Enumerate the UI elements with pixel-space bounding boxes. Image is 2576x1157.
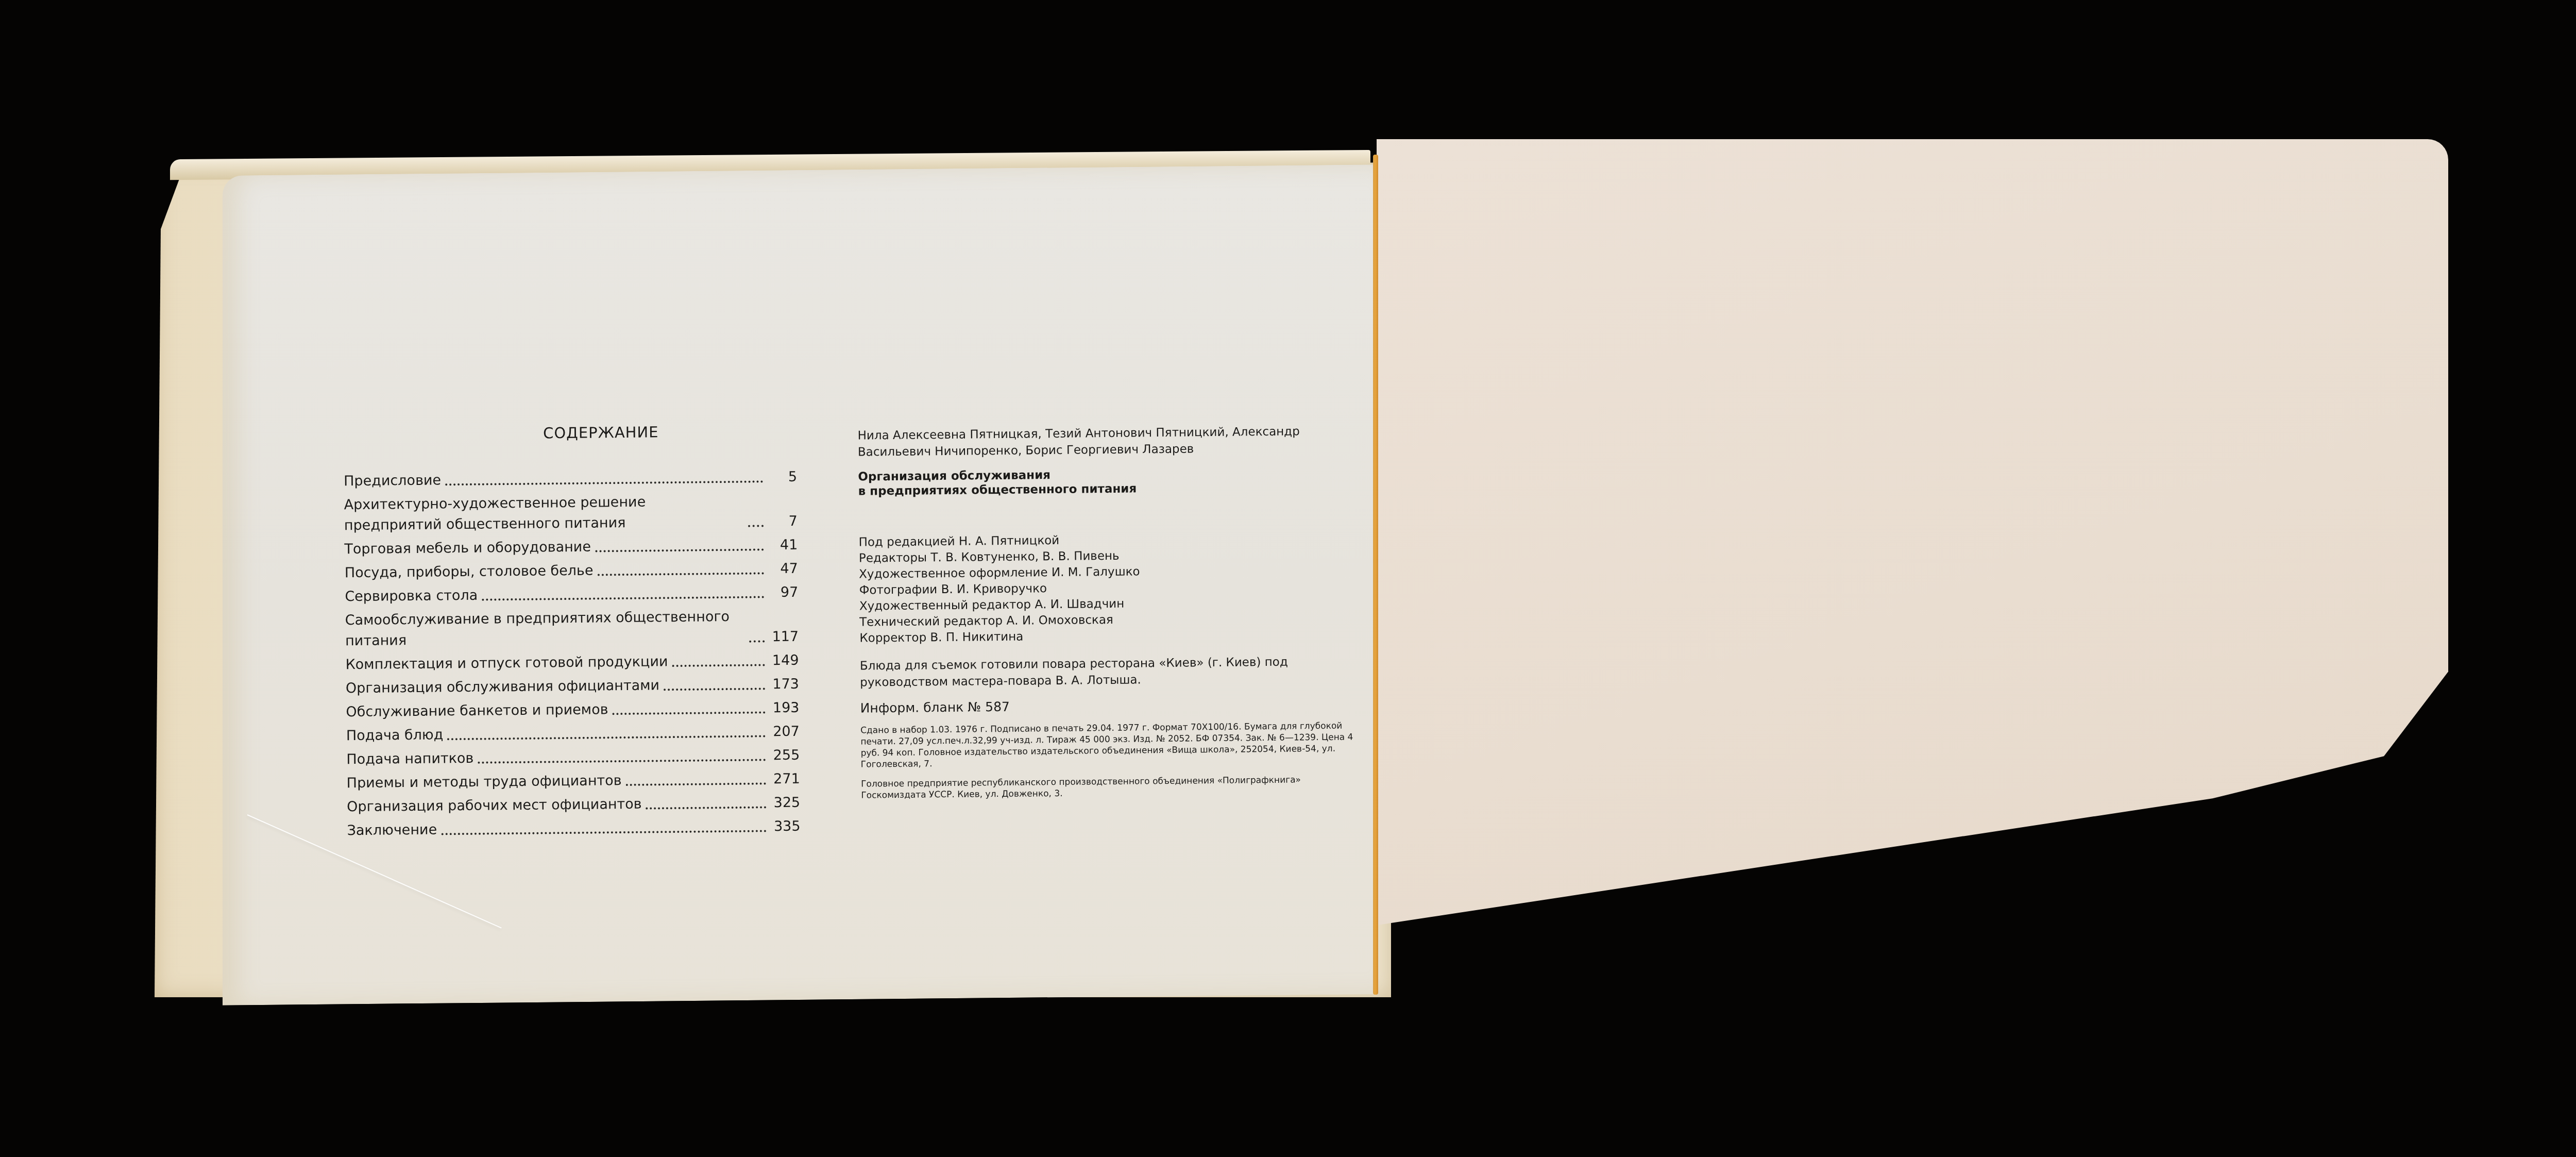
toc-list: Предисловие5Архитектурно-художественное … xyxy=(344,467,801,841)
toc-entry-page: 173 xyxy=(765,674,799,695)
toc-entry-label: Организация обслуживания официантами xyxy=(346,675,664,699)
toc-entry-label: Архитектурно-художественное решение пред… xyxy=(344,491,748,536)
table-of-contents: СОДЕРЖАНИЕ Предисловие5Архитектурно-худо… xyxy=(343,421,801,844)
toc-leader-dots xyxy=(664,688,765,691)
chefs-note: Блюда для съемок готовили повара рестора… xyxy=(860,653,1355,691)
toc-entry: Заключение335 xyxy=(347,816,800,841)
toc-leader-dots xyxy=(478,759,766,763)
toc-title: СОДЕРЖАНИЕ xyxy=(405,421,796,445)
toc-entry-page: 149 xyxy=(765,650,799,672)
toc-entry-page: 255 xyxy=(766,745,800,766)
right-page-blank xyxy=(1377,139,2448,984)
toc-entry-page: 5 xyxy=(763,467,797,488)
toc-leader-dots xyxy=(441,830,766,835)
toc-entry-label: Приемы и методы труда официантов xyxy=(347,770,626,794)
toc-leader-dots xyxy=(595,548,764,552)
toc-entry-label: Торговая мебель и оборудование xyxy=(344,537,595,560)
toc-entry-page: 7 xyxy=(764,511,798,532)
toc-leader-dots xyxy=(445,480,763,485)
toc-entry-page: 193 xyxy=(765,698,799,719)
toc-entry-label: Организация рабочих мест официантов xyxy=(347,794,646,818)
toc-entry: Комплектация и отпуск готовой продукции1… xyxy=(345,650,799,675)
toc-leader-dots xyxy=(646,806,767,809)
toc-leader-dots xyxy=(482,596,764,600)
toc-entry: Подача напитков255 xyxy=(346,745,800,770)
credits-list: Под редакцией Н. А. Пятницкой Редакторы … xyxy=(859,530,1354,646)
toc-leader-dots xyxy=(447,735,766,740)
toc-entry-label: Предисловие xyxy=(344,470,445,492)
toc-entry-page: 117 xyxy=(765,627,799,648)
toc-entry-page: 97 xyxy=(764,582,798,603)
toc-entry-label: Сервировка стола xyxy=(345,585,482,608)
toc-entry-label: Посуда, приборы, столовое белье xyxy=(345,561,598,584)
toc-entry-page: 47 xyxy=(764,559,798,580)
toc-leader-dots xyxy=(748,525,764,527)
book-spine xyxy=(1373,155,1378,995)
toc-leader-dots xyxy=(749,640,765,642)
inform-blank-number: Информ. бланк № 587 xyxy=(860,695,1355,716)
toc-entry: Организация рабочих мест официантов325 xyxy=(347,793,800,817)
toc-entry-label: Заключение xyxy=(347,819,441,841)
toc-leader-dots xyxy=(672,664,765,667)
toc-entry: Обслуживание банкетов и приемов193 xyxy=(346,698,799,723)
toc-leader-dots xyxy=(626,782,766,786)
toc-entry-label: Подача блюд xyxy=(346,725,448,746)
toc-entry-label: Подача напитков xyxy=(346,748,478,770)
toc-entry-page: 325 xyxy=(766,793,800,814)
printer-info: Головное предприятие республиканского пр… xyxy=(861,774,1355,801)
toc-entry: Архитектурно-художественное решение пред… xyxy=(344,491,798,536)
toc-entry-page: 207 xyxy=(766,722,800,743)
toc-entry: Торговая мебель и оборудование41 xyxy=(344,535,798,560)
toc-entry-label: Обслуживание банкетов и приемов xyxy=(346,699,612,723)
toc-entry-page: 271 xyxy=(766,769,800,790)
toc-entry: Самообслуживание в предприятиях обществе… xyxy=(345,606,799,651)
toc-entry: Сервировка стола97 xyxy=(345,582,798,607)
toc-leader-dots xyxy=(598,572,764,576)
imprint-block: Нила Алексеевна Пятницкая, Тезий Антонов… xyxy=(858,423,1356,801)
toc-entry-page: 335 xyxy=(766,816,800,837)
toc-entry-page: 41 xyxy=(764,535,798,556)
toc-entry: Посуда, приборы, столовое белье47 xyxy=(345,559,798,583)
toc-entry-label: Самообслуживание в предприятиях обществе… xyxy=(345,607,750,652)
toc-leader-dots xyxy=(613,711,766,715)
authors: Нила Алексеевна Пятницкая, Тезий Антонов… xyxy=(858,423,1353,460)
book-title: Организация обслуживания в предприятиях … xyxy=(858,465,1352,498)
toc-entry-label: Комплектация и отпуск готовой продукции xyxy=(345,651,672,675)
toc-entry: Приемы и методы труда официантов271 xyxy=(347,769,800,794)
toc-entry: Подача блюд207 xyxy=(346,722,800,746)
toc-entry: Предисловие5 xyxy=(344,467,797,492)
toc-entry: Организация обслуживания официантами173 xyxy=(346,674,799,699)
print-details: Сдано в набор 1.03. 1976 г. Подписано в … xyxy=(860,720,1355,770)
